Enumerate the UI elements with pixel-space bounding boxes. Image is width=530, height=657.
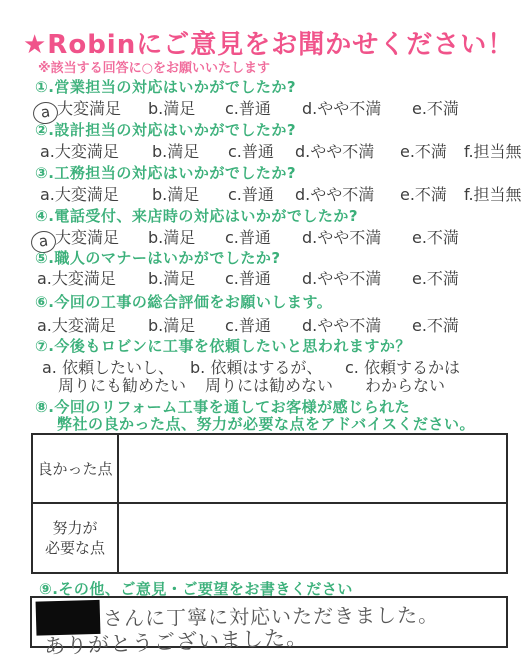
good-points-label: 良かった点 (33, 435, 119, 502)
question-2-option-c: c.普通 (228, 139, 274, 162)
question-6-option-c: c.普通 (225, 313, 271, 336)
question-4-option-b: b.満足 (148, 225, 195, 248)
question-4-options-row: a大変満足 b.満足 c.普通 d.やや不満 e.不満 (0, 225, 530, 247)
good-points-input-area (119, 435, 506, 502)
question-5-heading: ⑤.職人のマナーはいかがでしたか? (35, 247, 281, 268)
question-3-options-row: a.大変満足 b.満足 c.普通 d.やや不満 e.不満 f.担当無 (0, 182, 530, 204)
question-4-option-d: d.やや不満 (302, 225, 381, 248)
question-5-options-row: a.大変満足 b.満足 c.普通 d.やや不満 e.不満 (0, 266, 530, 288)
question-4-heading: ④.電話受付、来店時の対応はいかがでしたか? (35, 205, 358, 226)
question-3-option-d: d.やや不満 (295, 182, 374, 205)
good-points-label-text: 良かった点 (37, 459, 112, 479)
question-3-heading: ③.工務担当の対応はいかがでしたか? (35, 162, 296, 183)
form-instructions: ※該当する回答に○をお願いいたします (38, 57, 270, 76)
question-7-option-b-line2: 周りには勧めない (205, 373, 333, 396)
question-4-option-c: c.普通 (225, 225, 271, 248)
table-row-good-points: 良かった点 (33, 435, 506, 504)
question-2-heading: ②.設計担当の対応はいかがでしたか? (35, 119, 296, 140)
question-7-option-c-line2: わからない (365, 373, 445, 396)
improvement-label-line2: 必要な点 (45, 538, 105, 558)
question-3-option-a: a.大変満足 (40, 182, 119, 205)
question-2-option-a: a.大変満足 (40, 139, 119, 162)
question-7-heading: ⑦.今後もロビンに工事を依頼したいと思われますか？ (35, 335, 411, 356)
question-1-option-b: b.満足 (148, 96, 195, 119)
question-1-option-e: e.不満 (412, 96, 459, 119)
question-6-option-b: b.満足 (148, 313, 195, 336)
question-1-heading: ①.営業担当の対応はいかがでしたか? (35, 76, 296, 97)
question-3-option-b: b.満足 (152, 182, 199, 205)
question-3-option-e: e.不満 (400, 182, 447, 205)
question-5-option-d: d.やや不満 (302, 266, 381, 289)
question-2-option-d: d.やや不満 (295, 139, 374, 162)
question-5-option-a: a.大変満足 (37, 266, 116, 289)
question-6-option-d: d.やや不満 (302, 313, 381, 336)
table-row-improvement-points: 努力が 必要な点 (33, 504, 506, 572)
question-2-option-e: e.不満 (400, 139, 447, 162)
question-5-option-b: b.満足 (148, 266, 195, 289)
question-3-option-f: f.担当無 (464, 182, 522, 205)
question-8-heading-line2: 弊社の良かった点、努力が必要な点をアドバイスください。 (57, 413, 475, 434)
improvement-points-label: 努力が 必要な点 (33, 504, 119, 572)
question-6-heading: ⑥.今回の工事の総合評価をお願いします。 (35, 291, 332, 312)
question-5-option-e: e.不満 (412, 266, 459, 289)
question-5-option-c: c.普通 (225, 266, 271, 289)
question-3-option-c: c.普通 (228, 182, 274, 205)
question-7-options-row-line2: 周りにも勧めたい 周りには勧めない わからない (0, 373, 530, 395)
option-label: 大変満足 (55, 228, 119, 247)
question-2-options-row: a.大変満足 b.満足 c.普通 d.やや不満 e.不満 f.担当無 (0, 139, 530, 161)
question-1-options-row: a大変満足 b.満足 c.普通 d.やや不満 e.不満 (0, 96, 530, 118)
question-1-option-d: d.やや不満 (302, 96, 381, 119)
question-2-option-b: b.満足 (152, 139, 199, 162)
option-label: 大変満足 (57, 99, 121, 118)
improvement-label-line1: 努力が (52, 518, 97, 538)
survey-form-scan: ★Robinにご意見をお聞かせください！ ※該当する回答に○をお願いいたします … (0, 0, 530, 657)
question-6-option-e: e.不満 (412, 313, 459, 336)
question-4-option-e: e.不満 (412, 225, 459, 248)
question-6-options-row: a.大変満足 b.満足 c.普通 d.やや不満 e.不満 (0, 313, 530, 335)
question-2-option-f: f.担当無 (464, 139, 522, 162)
question-6-option-a: a.大変満足 (37, 313, 116, 336)
question-1-option-c: c.普通 (225, 96, 271, 119)
question-7-option-a-line2: 周りにも勧めたい (58, 373, 186, 396)
improvement-points-input-area (119, 504, 506, 572)
feedback-table: 良かった点 努力が 必要な点 (31, 433, 508, 574)
form-title: ★Robinにご意見をお聞かせください！ (23, 24, 514, 61)
